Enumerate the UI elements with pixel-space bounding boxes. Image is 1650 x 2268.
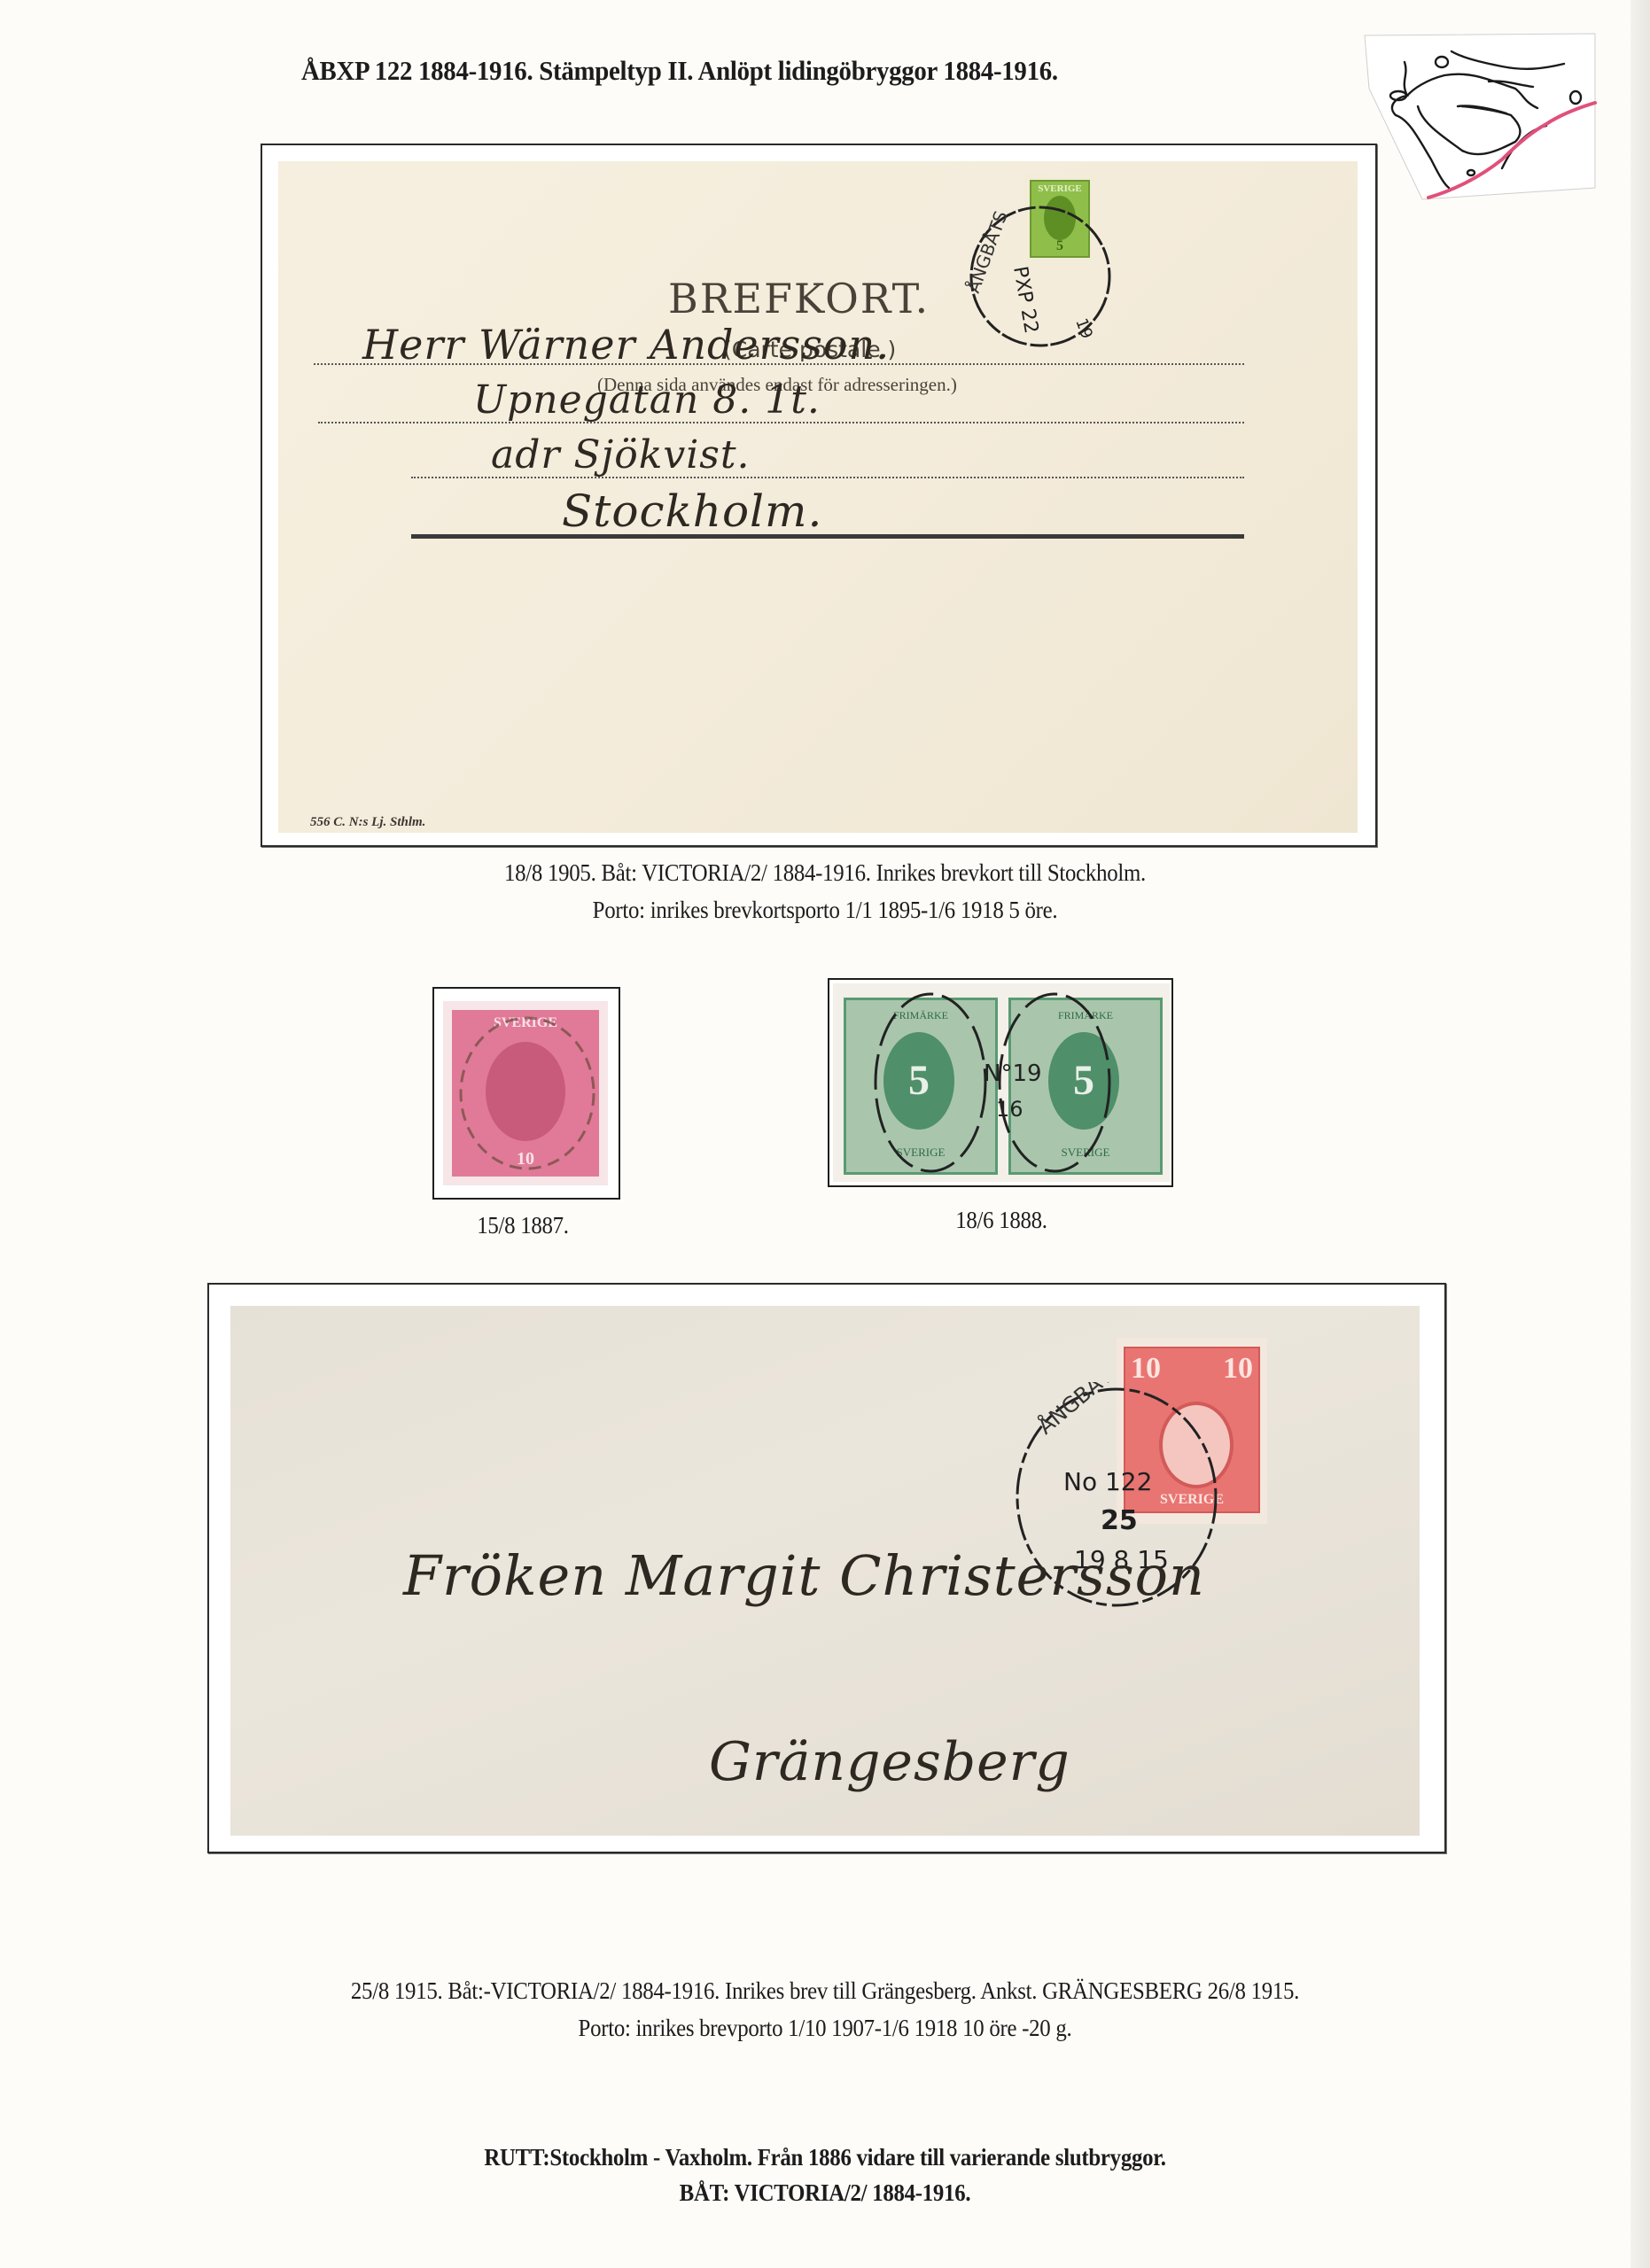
postmark-icon: N°19 16 [833, 983, 1170, 1182]
svg-text:N°19: N°19 [984, 1060, 1042, 1087]
printer-mark: 556 C. N:s Lj. Sthlm. [310, 815, 425, 830]
envelope: 10 10 SVERIGE ÅNGBÅT No 122 25 19 8 15 F… [230, 1306, 1420, 1836]
envelope-caption-line1: 25/8 1915. Båt:-VICTORIA/2/ 1884-1916. I… [66, 1977, 1584, 2005]
svg-text:ÅNGBÅT: ÅNGBÅT [1032, 1382, 1117, 1440]
route-map-icon [1347, 27, 1604, 204]
address-line-care-of: adr Sjökvist. [491, 432, 751, 478]
envelope-mount: 10 10 SVERIGE ÅNGBÅT No 122 25 19 8 15 F… [207, 1283, 1446, 1853]
stamp-caption-1887: 15/8 1887. [449, 1212, 596, 1239]
svg-text:ÅNGBÅTS: ÅNGBÅTS [962, 208, 1012, 296]
postmark-icon: PXP 22 ÅNGBÅTS 19 [961, 197, 1120, 356]
footer-boat: BÅT: VICTORIA/2/ 1884-1916. [66, 2179, 1584, 2207]
stamp-value-right: 10 [1223, 1352, 1253, 1386]
svg-text:16: 16 [996, 1097, 1023, 1122]
stamp-caption-1888: 18/6 1888. [895, 1207, 1107, 1234]
postcard-heading: BREFKORT. [668, 275, 930, 322]
svg-text:25: 25 [1101, 1505, 1138, 1536]
address-line-street: Upnegatan 8. 1t. [473, 377, 821, 423]
envelope-addressee: Fröken Margit Christersson [403, 1543, 1205, 1608]
address-rule [411, 534, 1244, 539]
postmark-icon [443, 1001, 608, 1185]
address-line-city: Stockholm. [562, 485, 822, 537]
svg-text:PXP 22: PXP 22 [1008, 265, 1042, 336]
page-title: ÅBXP 122 1884-1916. Stämpeltyp II. Anlöp… [301, 55, 1249, 87]
stamp-value-left: 10 [1131, 1352, 1161, 1386]
stamp-10-ore-pink: SVERIGE 10 [443, 1001, 608, 1185]
postcard: BREFKORT. (Carte postale.) (Denna sida a… [278, 161, 1358, 833]
page-edge-shadow [1631, 0, 1650, 2268]
postcard-caption-line2: Porto: inrikes brevkortsporto 1/1 1895-1… [66, 897, 1584, 924]
stamp-country: SVERIGE [1031, 183, 1088, 194]
envelope-caption-line2: Porto: inrikes brevporto 1/10 1907-1/6 1… [66, 2015, 1584, 2042]
envelope-destination: Grängesberg [709, 1731, 1070, 1793]
svg-text:No 122: No 122 [1063, 1467, 1152, 1496]
stamp-mount-1887: SVERIGE 10 [432, 987, 620, 1200]
address-line-name: Herr Wärner Andersson. [362, 321, 890, 369]
postcard-caption-line1: 18/8 1905. Båt: VICTORIA/2/ 1884-1916. I… [66, 859, 1584, 887]
footer-route: RUTT:Stockholm - Vaxholm. Från 1886 vida… [66, 2144, 1584, 2171]
postcard-mount: BREFKORT. (Carte postale.) (Denna sida a… [261, 144, 1377, 847]
stamp-mount-1888: FRIMÄRKE 5 SVERIGE FRIMÄRKE 5 SVERIGE N°… [828, 978, 1173, 1187]
